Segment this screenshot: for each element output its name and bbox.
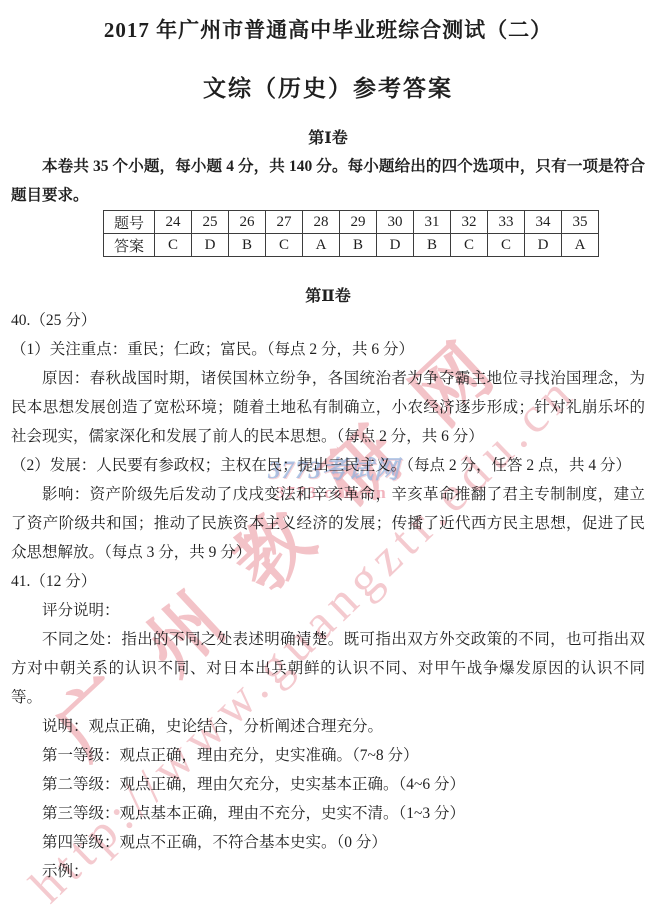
part2-heading: 第Ⅱ卷 [11, 283, 645, 306]
q41-scoring-label: 评分说明： [11, 596, 645, 625]
page-subtitle: 文综（历史）参考答案 [11, 70, 645, 103]
answer-value: B [229, 234, 266, 257]
answer-table: 题号 24 25 26 27 28 29 30 31 32 33 34 35 答… [103, 210, 599, 257]
answer-table-answer-row: 答案 C D B C A B D B C C D A [104, 234, 599, 257]
question-number: 29 [340, 211, 377, 234]
q41-difference: 不同之处：指出的不同之处表述明确清楚。既可指出双方外交政策的不同，也可指出双方对… [11, 625, 645, 712]
question-number: 28 [303, 211, 340, 234]
answer-value: D [192, 234, 229, 257]
answer-value: B [340, 234, 377, 257]
question-number: 24 [155, 211, 192, 234]
page-title: 2017 年广州市普通高中毕业班综合测试（二） [11, 14, 645, 44]
answer-value: A [562, 234, 599, 257]
question-number: 30 [377, 211, 414, 234]
question-number: 26 [229, 211, 266, 234]
answer-value: C [451, 234, 488, 257]
answer-table-number-row: 题号 24 25 26 27 28 29 30 31 32 33 34 35 [104, 211, 599, 234]
q41-level3: 第三等级：观点基本正确，理由不充分，史实不清。（1~3 分） [11, 799, 645, 828]
answer-value: D [377, 234, 414, 257]
answer-value: D [525, 234, 562, 257]
q40-item1: （1）关注重点：重民；仁政；富民。（每点 2 分，共 6 分） [11, 335, 645, 364]
q40-heading: 40.（25 分） [11, 306, 645, 335]
question-number: 27 [266, 211, 303, 234]
question-number: 25 [192, 211, 229, 234]
intro-paragraph: 本卷共 35 个小题，每小题 4 分，共 140 分。每小题给出的四个选项中，只… [11, 152, 645, 210]
q41-example-label: 示例： [11, 857, 645, 886]
document-content: 2017 年广州市普通高中毕业班综合测试（二） 文综（历史）参考答案 第Ⅰ卷 本… [0, 0, 657, 886]
q41-level4: 第四等级：观点不正确，不符合基本史实。（0 分） [11, 828, 645, 857]
q40-item1-reason: 原因：春秋战国时期，诸侯国林立纷争，各国统治者为争夺霸主地位寻找治国理念，为民本… [11, 364, 645, 451]
question-number: 32 [451, 211, 488, 234]
answer-value: A [303, 234, 340, 257]
q41-heading: 41.（12 分） [11, 567, 645, 596]
q41-explanation: 说明：观点正确，史论结合，分析阐述合理充分。 [11, 712, 645, 741]
answer-value: C [266, 234, 303, 257]
question-number: 31 [414, 211, 451, 234]
answer-value: B [414, 234, 451, 257]
answer-value: C [488, 234, 525, 257]
question-number: 35 [562, 211, 599, 234]
q40-item2: （2）发展：人民要有参政权；主权在民；提出三民主义。（每点 2 分，任答 2 点… [11, 451, 645, 480]
answer-value: C [155, 234, 192, 257]
answer-table-number-row-label: 题号 [104, 211, 155, 234]
question-number: 33 [488, 211, 525, 234]
q40-item2-impact: 影响：资产阶级先后发动了戊戌变法和辛亥革命，辛亥革命推翻了君主专制制度，建立了资… [11, 480, 645, 567]
q41-level2: 第二等级：观点正确，理由欠充分，史实基本正确。（4~6 分） [11, 770, 645, 799]
question-number: 34 [525, 211, 562, 234]
part1-heading: 第Ⅰ卷 [11, 125, 645, 148]
document-page: 广州教研网 http://www.guangztr.edu.cn 3773考试网… [0, 0, 657, 922]
answer-table-answer-row-label: 答案 [104, 234, 155, 257]
q41-level1: 第一等级：观点正确，理由充分，史实准确。（7~8 分） [11, 741, 645, 770]
